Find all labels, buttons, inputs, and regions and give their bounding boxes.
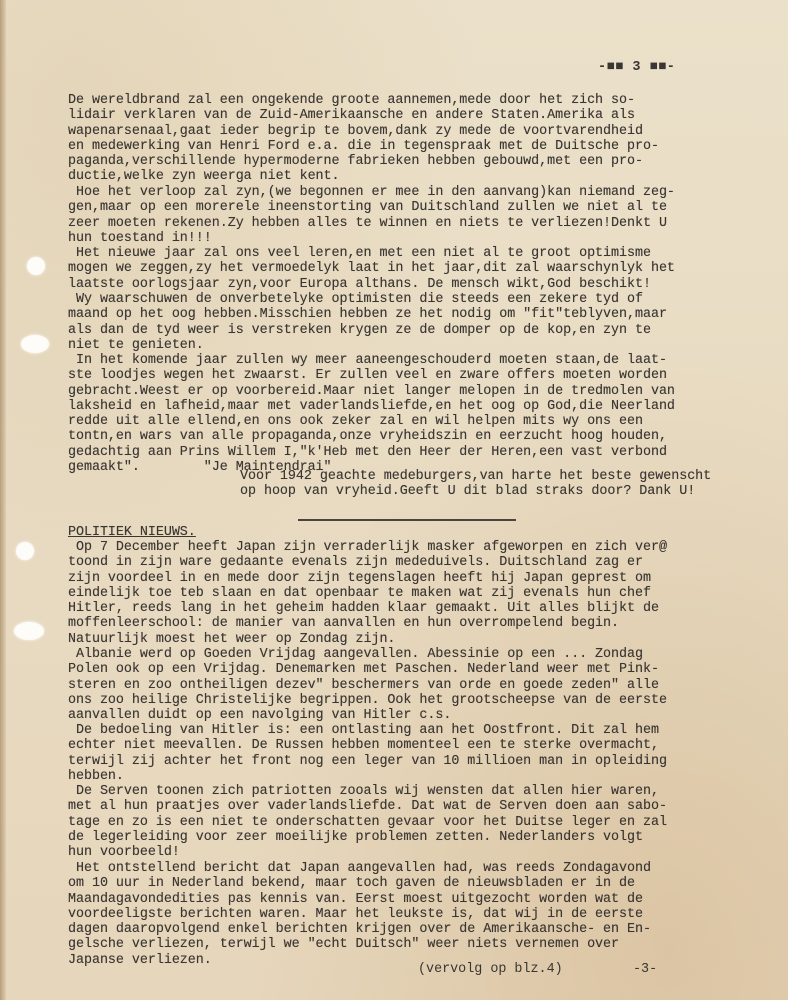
punch-hole — [27, 257, 45, 275]
paragraph: Hoe het verloop zal zyn,(we begonnen er … — [68, 185, 675, 246]
document-page: -■■ 3 ■■- De wereldbrand zal een ongeken… — [0, 0, 788, 1000]
closing-greeting: Voor 1942 geachte medeburgers,van harte … — [240, 469, 711, 500]
paragraph: In het komende jaar zullen wy meer aanee… — [68, 353, 675, 475]
section-title: POLITIEK NIEUWS. — [68, 525, 196, 540]
paragraph: De wereldbrand zal een ongekende groote … — [68, 93, 659, 185]
punch-hole — [16, 542, 34, 560]
paragraph: De Serven toonen zich patriotten zooals … — [68, 784, 667, 860]
paragraph: Het ontstellend bericht dat Japan aangev… — [68, 861, 651, 968]
paper-edge — [0, 0, 6, 1000]
paragraph: Albanie werd op Goeden Vrijdag aangevall… — [68, 647, 667, 723]
page-header: -■■ 3 ■■- — [598, 60, 675, 75]
page-number: -3- — [633, 962, 657, 977]
paragraph: Op 7 December heeft Japan zijn verraderl… — [68, 540, 667, 647]
paragraph: De bedoeling van Hitler is: een ontlasti… — [68, 723, 667, 784]
paragraph: Het nieuwe jaar zal ons veel leren,en me… — [68, 246, 675, 292]
punch-hole — [14, 622, 44, 640]
paragraph: Wy waarschuwen de onverbetelyke optimist… — [68, 292, 667, 353]
section-divider — [298, 519, 516, 521]
continuation-note: (vervolg op blz.4) — [418, 962, 563, 977]
punch-hole — [21, 335, 49, 353]
